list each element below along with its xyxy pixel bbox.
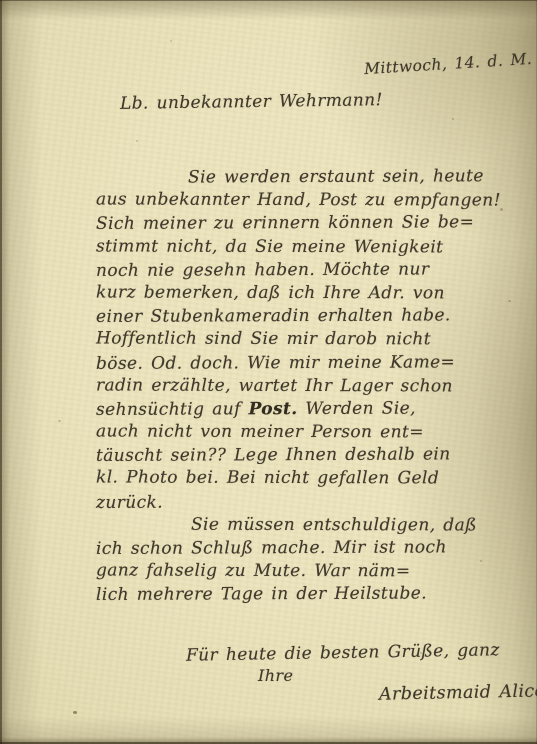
- paper-speck: [136, 140, 138, 142]
- paper-speck: [500, 208, 503, 211]
- letter-line: auch nicht von meiner Person ent=: [96, 421, 516, 445]
- paper-speck: [480, 560, 482, 562]
- date-line: Mittwoch, 14. d. M.: [363, 50, 532, 78]
- letter-line-segment: Werden Sie,: [298, 398, 416, 419]
- letter-line: Sie müssen entschuldigen, daß: [96, 513, 516, 537]
- letter-line: lich mehrere Tage in der Heilstube.: [96, 582, 516, 607]
- letter-line: einer Stubenkameradin erhalten habe.: [96, 304, 516, 329]
- paper-speck: [508, 300, 511, 302]
- letter-line: zurück.: [96, 490, 516, 515]
- letter-line: kl. Photo bei. Bei nicht gefallen Geld: [96, 467, 516, 491]
- letter-line-segment: sehnsüchtig auf: [96, 399, 249, 420]
- paper-speck: [170, 40, 172, 42]
- letter-body: Sie werden erstaunt sein, heute aus unbe…: [96, 166, 516, 607]
- letter-line: ganz fahselig zu Mute. War näm=: [96, 560, 516, 584]
- letter-line: noch nie gesehn haben. Möchte nur: [96, 258, 516, 283]
- paper-speck: [452, 118, 454, 120]
- letter-line: Sich meiner zu erinnern können Sie be=: [96, 211, 516, 236]
- signature: Arbeitsmaid Alice: [378, 681, 537, 704]
- letter-line: radin erzählte, wartet Ihr Lager schon: [96, 374, 516, 398]
- letter-line: täuscht sein?? Lege Ihnen deshalb ein: [96, 443, 516, 468]
- letter-line: Sie werden erstaunt sein, heute: [96, 165, 516, 190]
- letter-line-with-emphasis: sehnsüchtig auf Post. Werden Sie,: [96, 397, 516, 422]
- closing-pronoun: Ihre: [258, 666, 293, 685]
- closing-line: Für heute die besten Grüße, ganz: [186, 640, 500, 665]
- letter-line: aus unbekannter Hand, Post zu empfangen!: [96, 189, 516, 213]
- letter-line: böse. Od. doch. Wie mir meine Kame=: [96, 351, 516, 376]
- letter-line: ich schon Schluß mache. Mir ist noch: [96, 536, 516, 561]
- letter-line: Hoffentlich sind Sie mir darob nicht: [96, 328, 516, 352]
- salutation: Lb. unbekannter Wehrmann!: [120, 90, 383, 114]
- letter-line: kurz bemerken, daß ich Ihre Adr. von: [96, 281, 516, 305]
- scanned-letter-page: Mittwoch, 14. d. M. Lb. unbekannter Wehr…: [0, 0, 537, 744]
- paper-speck: [420, 652, 422, 654]
- emphasized-word: Post.: [249, 399, 298, 419]
- letter-line: stimmt nicht, da Sie meine Wenigkeit: [96, 235, 516, 259]
- paper-speck: [58, 420, 61, 422]
- paper-speck: [73, 711, 77, 714]
